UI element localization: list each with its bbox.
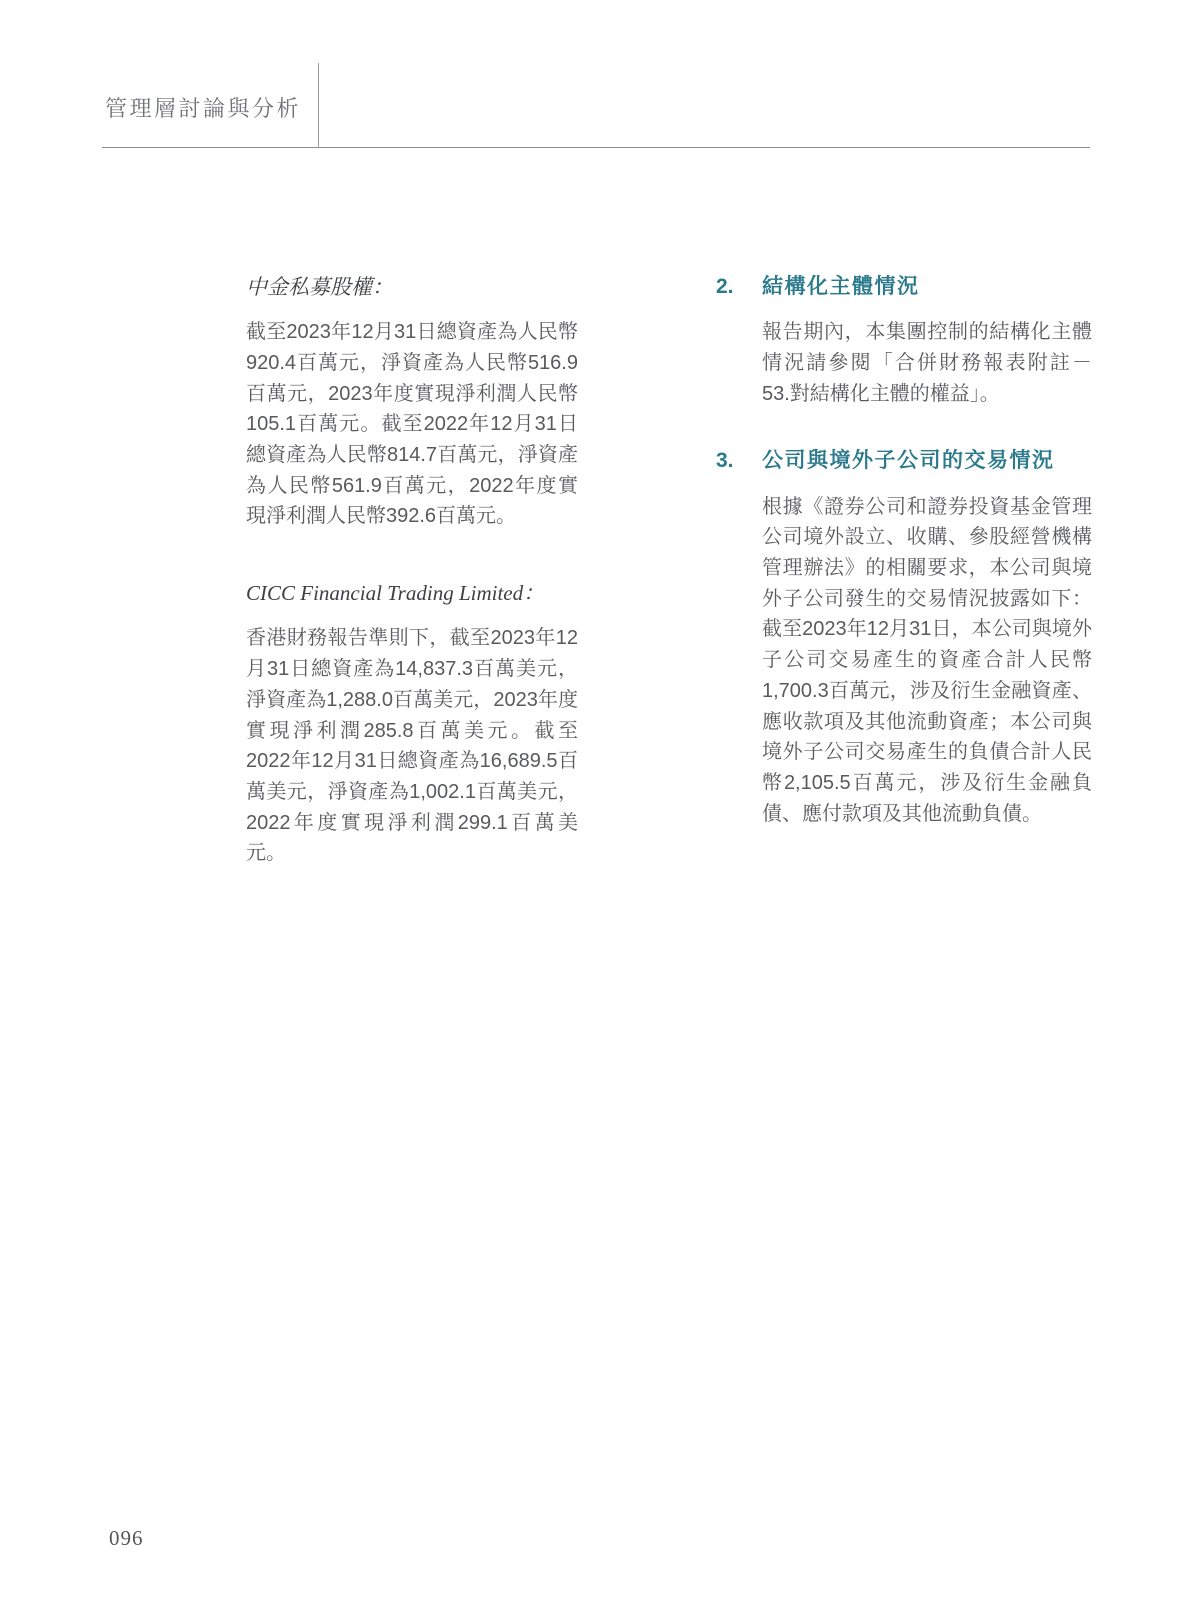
header-vertical-divider	[318, 63, 319, 147]
section-offshore-transactions: 3. 公司與境外子公司的交易情況 根據《證券公司和證券投資基金管理公司境外設立、…	[716, 448, 1092, 829]
page-number: 096	[109, 1526, 144, 1551]
section-heading: 公司與境外子公司的交易情況	[762, 448, 1092, 474]
page-title: 管理層討論與分析	[105, 92, 301, 123]
subsidiary-heading: 中金私募股權：	[246, 274, 578, 300]
section-heading: 結構化主體情況	[762, 274, 1092, 300]
section-paragraph: 根據《證券公司和證券投資基金管理公司境外設立、收購、參股經營機構管理辦法》的相關…	[762, 492, 1092, 830]
section-cicc-financial-trading: CICC Financial Trading Limited： 香港財務報告準則…	[246, 580, 578, 869]
section-number: 2.	[716, 274, 762, 409]
section-content: 公司與境外子公司的交易情況 根據《證券公司和證券投資基金管理公司境外設立、收購、…	[762, 448, 1092, 829]
section-paragraph: 報告期內，本集團控制的結構化主體情況請參閱「合併財務報表附註－ 53.對結構化主…	[762, 317, 1092, 409]
section-content: 結構化主體情況 報告期內，本集團控制的結構化主體情況請參閱「合併財務報表附註－ …	[762, 274, 1092, 409]
section-structured-entities: 2. 結構化主體情況 報告期內，本集團控制的結構化主體情況請參閱「合併財務報表附…	[716, 274, 1092, 409]
subsidiary-paragraph: 香港財務報告準則下，截至2023年12月31日總資產為14,837.3百萬美元，…	[246, 623, 578, 869]
left-column: 中金私募股權： 截至2023年12月31日總資產為人民幣920.4百萬元，淨資產…	[246, 274, 578, 869]
right-column: 2. 結構化主體情況 報告期內，本集團控制的結構化主體情況請參閱「合併財務報表附…	[716, 274, 1092, 829]
section-cicc-private-equity: 中金私募股權： 截至2023年12月31日總資產為人民幣920.4百萬元，淨資產…	[246, 274, 578, 532]
subsidiary-paragraph: 截至2023年12月31日總資產為人民幣920.4百萬元，淨資產為人民幣516.…	[246, 317, 578, 532]
header-horizontal-divider	[102, 147, 1090, 148]
subsidiary-heading: CICC Financial Trading Limited：	[246, 580, 578, 606]
section-number: 3.	[716, 448, 762, 829]
report-page: 管理層討論與分析 中金私募股權： 截至2023年12月31日總資產為人民幣920…	[0, 0, 1190, 1615]
